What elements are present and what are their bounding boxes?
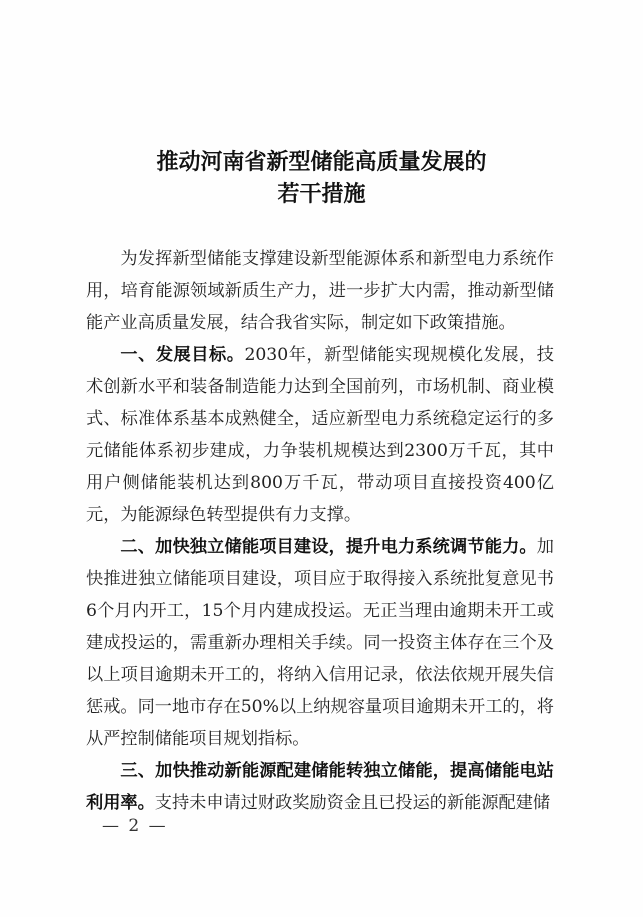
section-heading-2: 二、加快独立储能项目建设，提升电力系统调节能力。	[120, 537, 536, 557]
document-body: 为发挥新型储能支撑建设新型能源体系和新型电力系统作用，培育能源领域新质生产力，进…	[86, 243, 554, 819]
document-page: 推动河南省新型储能高质量发展的 若干措施 为发挥新型储能支撑建设新型能源体系和新…	[0, 0, 643, 917]
document-title-line2: 若干措施	[0, 177, 643, 208]
paragraph-text: 加快推进独立储能项目建设，项目应于取得接入系统批复意见书6个月内开工，15个月内…	[86, 537, 554, 749]
paragraph-section-3: 三、加快推动新能源配建储能转独立储能，提高储能电站利用率。支持未申请过财政奖励资…	[86, 755, 554, 819]
paragraph-intro: 为发挥新型储能支撑建设新型能源体系和新型电力系统作用，培育能源领域新质生产力，进…	[86, 243, 554, 339]
paragraph-section-1: 一、发展目标。2030年，新型储能实现规模化发展，技术创新水平和装备制造能力达到…	[86, 339, 554, 531]
section-heading-1: 一、发展目标。	[120, 345, 244, 365]
page-number: — 2 —	[102, 816, 168, 836]
paragraph-text: 为发挥新型储能支撑建设新型能源体系和新型电力系统作用，培育能源领域新质生产力，进…	[86, 249, 554, 333]
paragraph-section-2: 二、加快独立储能项目建设，提升电力系统调节能力。加快推进独立储能项目建设，项目应…	[86, 531, 554, 755]
paragraph-text: 支持未申请过财政奖励资金且已投运的新能源配建储	[155, 793, 550, 813]
document-title-line1: 推动河南省新型储能高质量发展的	[0, 145, 643, 176]
paragraph-text: 2030年，新型储能实现规模化发展，技术创新水平和装备制造能力达到全国前列，市场…	[86, 345, 554, 525]
